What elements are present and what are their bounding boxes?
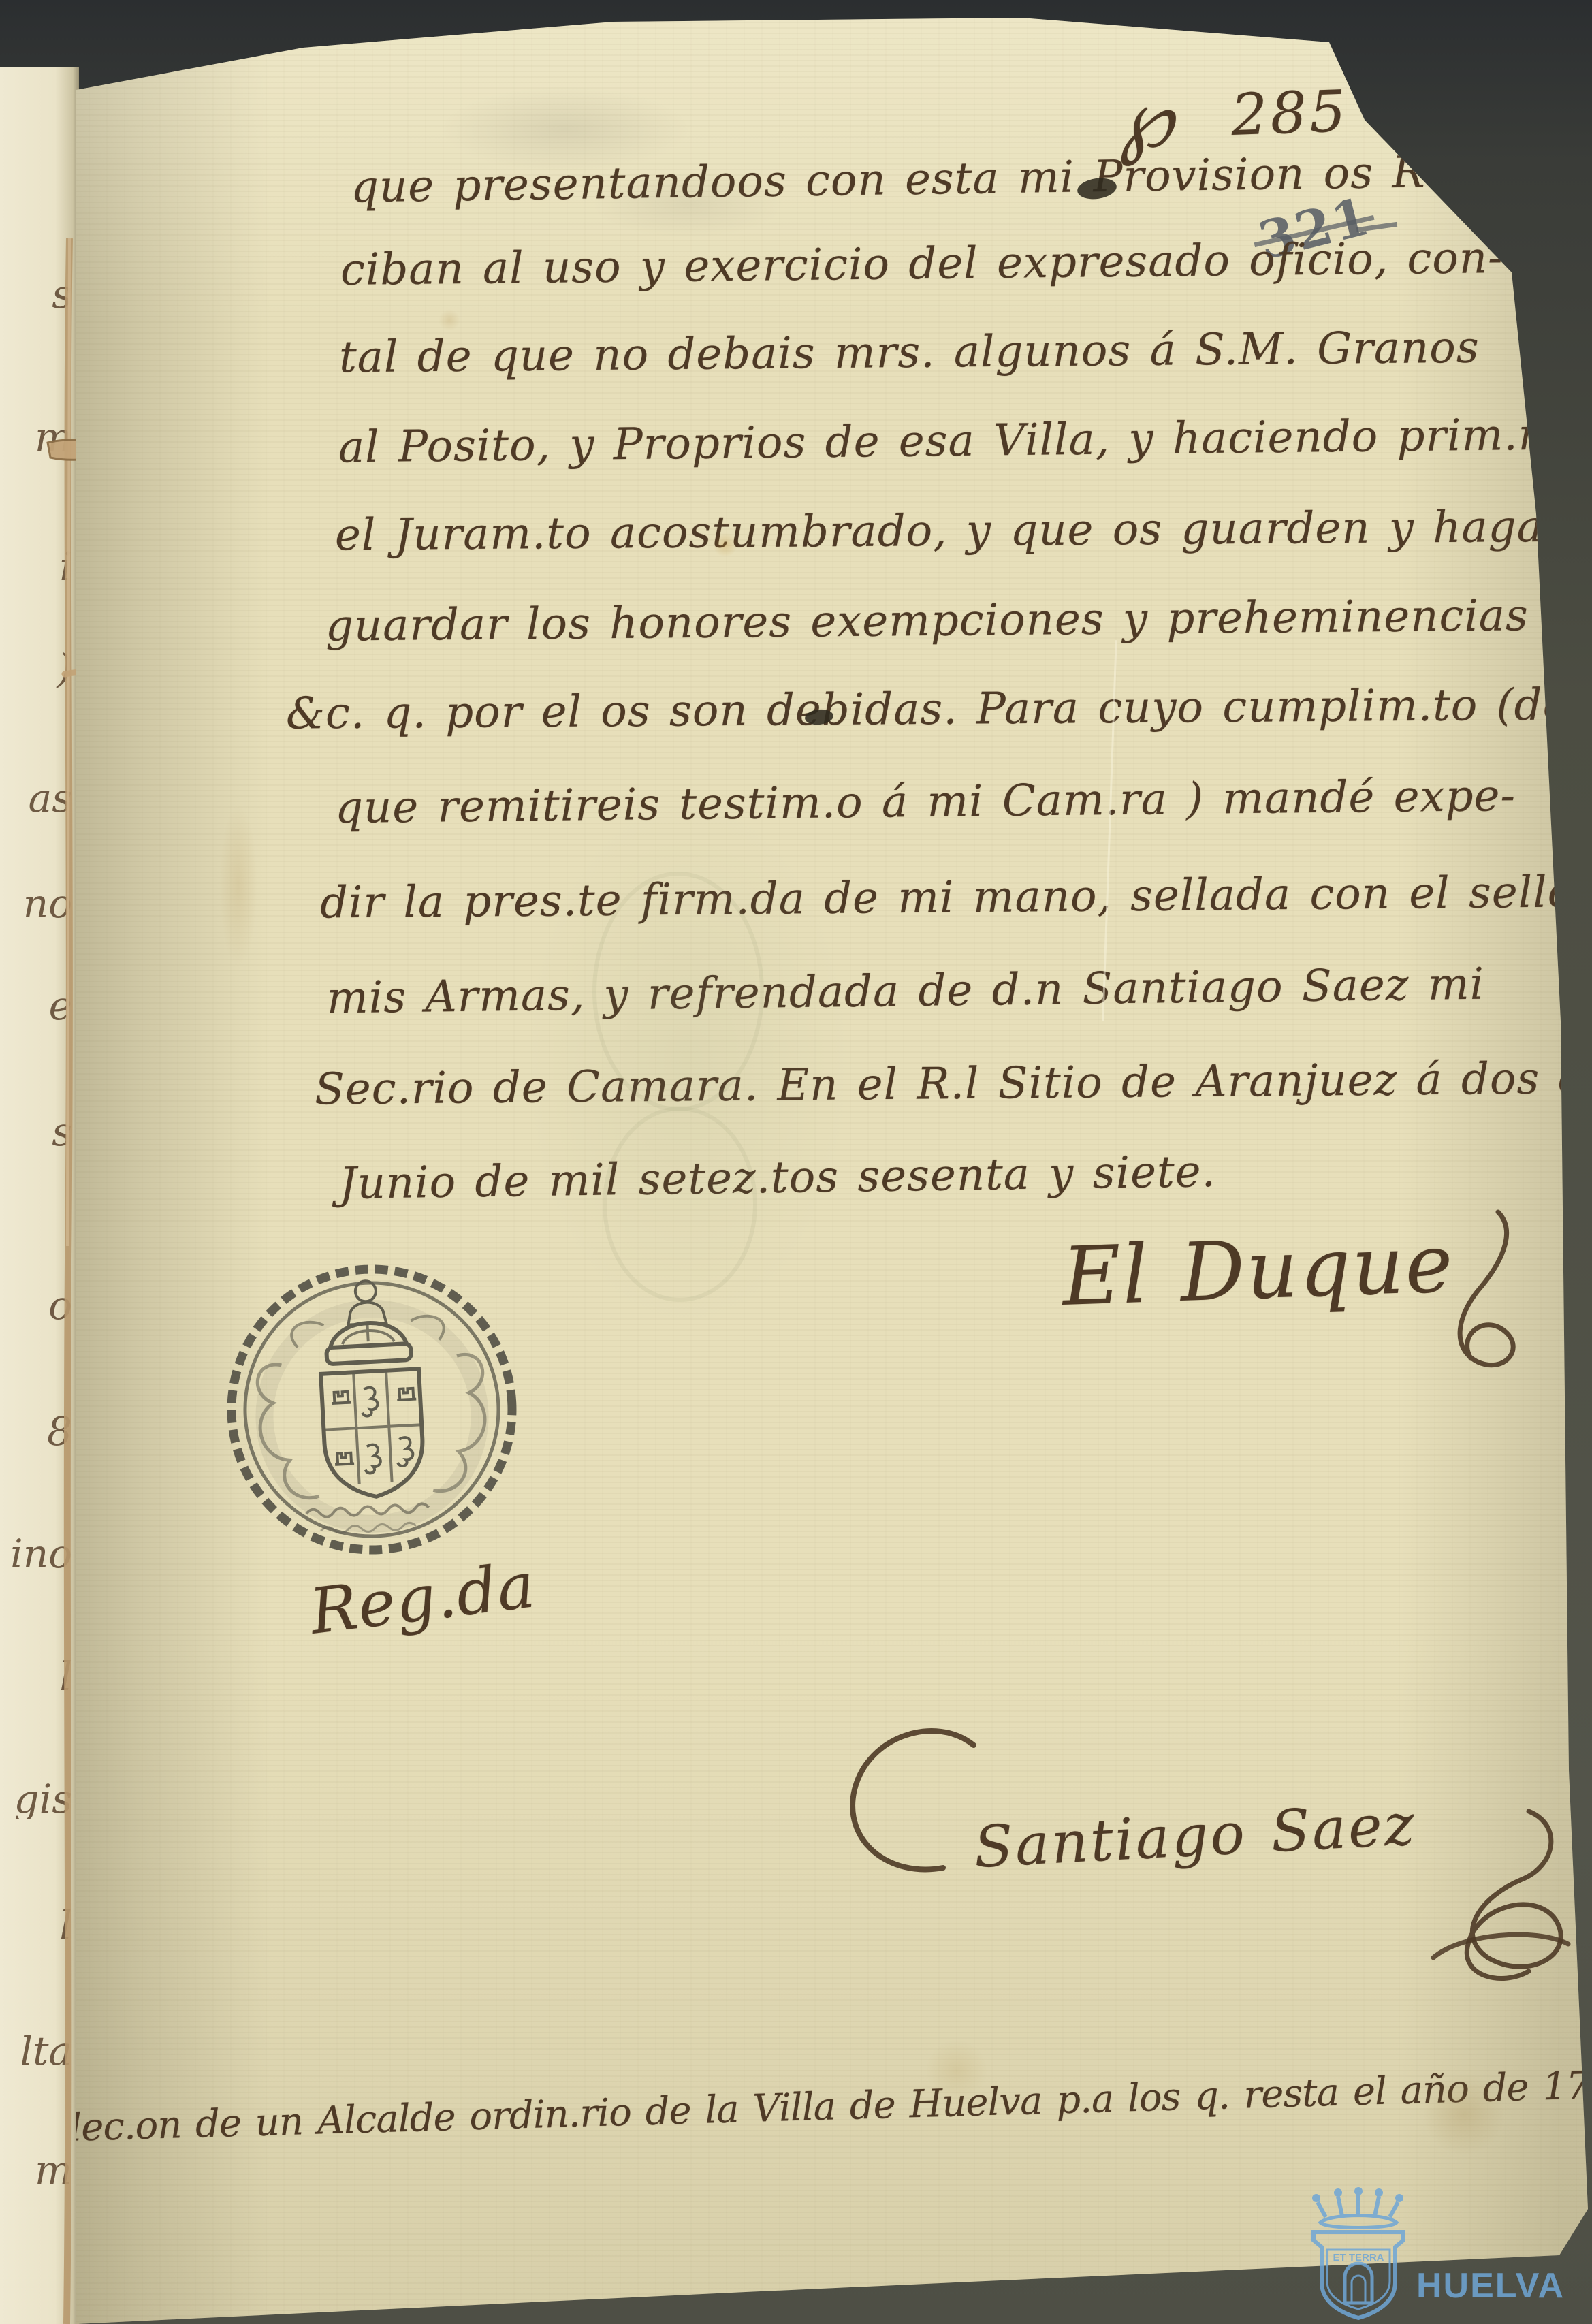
spine-text-fragment: gis [1,1779,72,1819]
manuscript-line: Sec.rio de Camara. En el R.l Sitio de Ar… [315,1054,1592,1115]
spine-text-fragment: 8 [1,1412,72,1451]
duque-rubric-flourish [1416,1205,1553,1382]
manuscript-line: &c. q. por el os son debidas. Para cuyo … [286,680,1570,739]
manuscript-line: mis Armas, y refrendada de d.n Santiago … [327,960,1485,1024]
manuscript-line: al Posito, y Proprios de esa Villa, y ha… [338,411,1567,473]
signature-el-duque: El Duque [1061,1217,1456,1324]
folio-number: 285 [1230,78,1350,148]
spine-text-fragment: s [1,274,72,314]
saez-rubric-flourish [1386,1798,1592,1988]
ink-blot [1076,176,1118,202]
spine-text-fragment: s [1,1112,72,1151]
manuscript-line: que remitireis testim.o á mi Cam.ra ) ma… [335,771,1516,834]
spine-text-fragment: ino [1,1534,72,1574]
spine-text-fragment: m [1,417,72,457]
seal-registration-note: Reg.da [306,1549,539,1648]
paper-crease [1102,640,1117,1021]
pencil-dash [1356,222,1397,232]
spine-text-fragment: i [1,547,72,586]
spine-text-fragment: as [1,778,72,818]
watermark-motto: ET TERRA [1333,2252,1384,2263]
saez-initial-flourish [827,1721,998,1898]
paper-watermark-faint [603,1107,757,1302]
royal-seal-stamp [212,1251,532,1570]
facing-page-edge: s m i ) as no e s o 8 ino l gis l lta m [0,67,79,2324]
signature-santiago-saez: Santiago Saez [972,1792,1418,1880]
pencil-strike-line [1254,215,1375,247]
spine-text-fragment: o [1,1286,72,1325]
manuscript-line: que presentandoos con esta mi Provision … [351,148,1468,213]
manuscript-line: dir la pres.te firm.da de mi mano, sella… [320,867,1592,929]
spine-text-fragment: m [1,2150,72,2190]
ink-blot [804,708,834,726]
paper-watermark-faint [592,872,764,1111]
manuscript-line: tal de que no debais mrs. algunos á S.M.… [339,323,1480,383]
manuscript-line: ciban al uso y exercicio del expresado o… [340,234,1503,296]
manuscript-line: el Juram.to acostumbrado, y que os guard… [335,503,1573,561]
manuscript-photo: s m i ) as no e s o 8 ino l gis l lta m … [0,0,1592,2324]
spine-text-fragment: l [1,1657,72,1696]
spine-text-fragment: no [1,884,72,923]
paragraph-mark: ℘ [1113,71,1177,168]
spine-text-fragment: e [1,986,72,1025]
huelva-archive-watermark: ET TERRA HUELVA [1290,2187,1590,2323]
pencil-folio-number: 321 [1253,186,1376,271]
manuscript-line: Junio de mil setez.tos sesenta y siete. [339,1147,1217,1210]
watermark-label: HUELVA [1416,2266,1565,2306]
spine-text-fragment: ) [1,649,72,688]
spine-text-fragment: l [1,1905,72,1945]
manuscript-page: ℘ 285 321 que presentandoos con esta mi … [0,0,1592,2324]
manuscript-line: guardar los honores exempciones y prehem… [325,591,1529,652]
spine-text-fragment: lta [1,2031,72,2071]
docket-line: Elec.on de un Alcalde ordin.rio de la Vi… [42,2063,1592,2151]
